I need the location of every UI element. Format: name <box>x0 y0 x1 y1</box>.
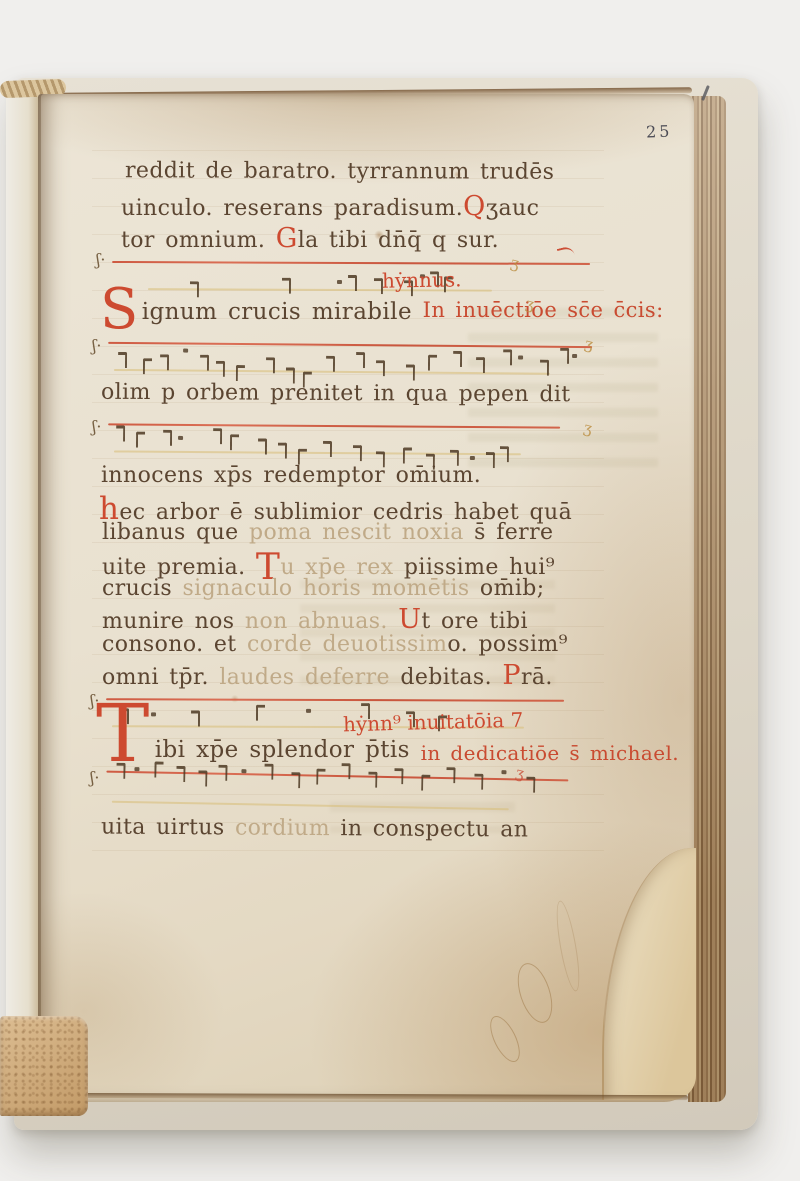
clef-mark: ʃ· <box>92 417 101 436</box>
neume-mark <box>258 438 267 454</box>
text-segment: in conspectu an <box>330 816 529 842</box>
text-line: olim p orbem prenitet in qua pepen dit <box>101 380 571 407</box>
neume-mark <box>403 447 412 463</box>
text-segment: reddit de baratro. tyrrannum trudēs <box>125 158 554 184</box>
text-line: innocens xp̄s redemptor om̄ium. <box>101 463 481 488</box>
neume-mark <box>266 357 275 373</box>
text-line: consono. et corde deuotissimo. possim⁹ <box>102 632 568 657</box>
text-line: munire nos non abnuas. Ut ore tibi <box>102 604 528 635</box>
neume-mark <box>540 360 549 376</box>
folio-number: 25 <box>646 122 673 142</box>
text-segment: in dedicatiōe s̄ michael. <box>421 701 679 765</box>
text-segment: Q <box>463 191 486 222</box>
text-segment: signaculo horis momētis <box>182 576 469 601</box>
leather-spine-corner <box>0 1016 88 1116</box>
neume-mark <box>428 355 437 371</box>
neume-mark <box>368 772 377 788</box>
neume-mark <box>116 425 125 441</box>
neume-mark <box>501 770 506 774</box>
neume-mark <box>560 348 569 364</box>
neume-mark <box>316 769 325 785</box>
neume-mark <box>526 777 535 793</box>
text-segment: uita uirtus <box>101 815 235 841</box>
text-line: crucis signaculo horis momētis om̄ib; <box>102 576 545 601</box>
neume-mark <box>453 351 462 367</box>
neume-mark <box>500 446 509 462</box>
text-segment: munire nos <box>102 609 245 634</box>
neume-mark <box>326 356 335 372</box>
neume-mark <box>503 349 512 365</box>
neume-mark <box>291 772 300 788</box>
text-segment: poma nescit noxia <box>249 520 464 545</box>
text-line-initial-s: Signum crucis mirabile In inuēctiōe sc̄e… <box>100 285 664 334</box>
text-segment: corde deuotissim <box>247 632 447 657</box>
left-page-sliver <box>6 92 38 1104</box>
text-segment: om̄ib; <box>470 576 545 601</box>
text-segment: crucis <box>102 576 182 601</box>
neume-mark <box>264 764 273 780</box>
neume-mark <box>116 763 125 779</box>
text-segment: debitas. <box>390 665 502 690</box>
neume-mark <box>200 355 209 371</box>
neume-mark <box>134 767 139 771</box>
text-line: tor omnium. Gla tibi dn̄q̄ q sur. <box>121 223 499 254</box>
text-segment: innocens xp̄s redemptor om̄ium. <box>101 463 481 488</box>
clef-mark: ʃ· <box>90 768 99 787</box>
text-segment: laudes deferre <box>219 665 390 690</box>
text-segment: non abnuas. <box>245 609 398 634</box>
neume-mark <box>154 761 163 777</box>
neume-mark <box>143 358 152 374</box>
text-segment: ʒauc <box>486 196 540 221</box>
text-segment: T <box>96 701 150 767</box>
neume-mark <box>474 774 483 790</box>
neume-mark <box>136 432 145 448</box>
neume-mark <box>241 769 246 773</box>
neume-mark <box>183 349 188 353</box>
text-line: uinculo. reserans paradisum.Qʒauc <box>121 191 539 222</box>
text-segment: S <box>100 285 139 334</box>
text-segment: uinculo. reserans paradisum. <box>121 196 463 221</box>
neume-mark <box>216 361 225 377</box>
ochre-guide-line <box>112 801 509 811</box>
neume-mark <box>476 357 485 373</box>
text-line: libanus que poma nescit noxia s̄ ferre <box>102 520 553 545</box>
neume-mark <box>486 452 495 468</box>
neume-mark <box>278 443 287 459</box>
text-segment: In inuēctiōe sc̄e c̄cis: <box>423 285 664 322</box>
text-segment: ibi xp̄e splendor p̄tis <box>155 701 421 763</box>
neume-mark <box>470 456 475 460</box>
text-line: uita uirtus cordium in conspectu an <box>101 815 529 843</box>
text-segment: U <box>398 604 421 635</box>
neume-mark <box>198 770 207 786</box>
neume-mark <box>518 355 523 359</box>
text-segment: olim p orbem prenitet in qua pepen dit <box>101 380 571 407</box>
text-line-initial-t: Tibi xp̄e splendor p̄tis in dedicatiōe s… <box>96 701 679 767</box>
neume-mark <box>163 430 172 446</box>
text-segment: la tibi dn̄q̄ q sur. <box>298 228 499 253</box>
neume-mark <box>323 441 332 457</box>
text-line: omni tp̄r. laudes deferre debitas. Prā. <box>102 660 553 691</box>
neume-mark <box>118 352 127 368</box>
text-segment: G <box>276 223 298 254</box>
ochre-guide-line <box>114 450 521 455</box>
text-segment: s̄ ferre <box>464 520 554 545</box>
neume-mark <box>376 360 385 376</box>
text-segment: ignum crucis mirabile <box>142 285 423 325</box>
neume-mark <box>341 763 350 779</box>
text-segment: rā. <box>521 665 553 690</box>
neume-mark <box>236 365 245 381</box>
neume-mark <box>394 768 403 784</box>
neume-mark <box>406 364 415 380</box>
clef-mark: ʃ· <box>96 250 105 269</box>
text-segment: cordium <box>235 815 330 841</box>
neume-mark <box>230 434 239 450</box>
neume-mark <box>446 767 455 783</box>
text-segment: t ore tibi <box>421 609 528 634</box>
neume-mark <box>176 766 185 782</box>
music-staff-3 <box>108 423 560 466</box>
neume-mark <box>572 354 577 358</box>
text-segment: o. possim⁹ <box>447 632 567 657</box>
clef-mark: ʃ· <box>92 336 101 355</box>
neume-mark <box>337 280 342 284</box>
text-segment: consono. et <box>102 632 247 657</box>
neume-mark <box>421 775 430 791</box>
manuscript-photo: 25 reddit de baratro. tyrrannum trudēs u… <box>0 0 800 1181</box>
text-line: reddit de baratro. tyrrannum trudēs <box>125 158 554 184</box>
neume-mark <box>218 765 227 781</box>
neume-mark <box>353 445 362 461</box>
text-segment: tor omnium. <box>121 228 276 253</box>
neume-mark <box>213 428 222 444</box>
text-segment: P <box>502 660 521 691</box>
neume-mark <box>160 354 169 370</box>
text-segment: libanus que <box>102 520 249 545</box>
neume-mark <box>356 352 365 368</box>
neume-mark <box>178 436 183 440</box>
